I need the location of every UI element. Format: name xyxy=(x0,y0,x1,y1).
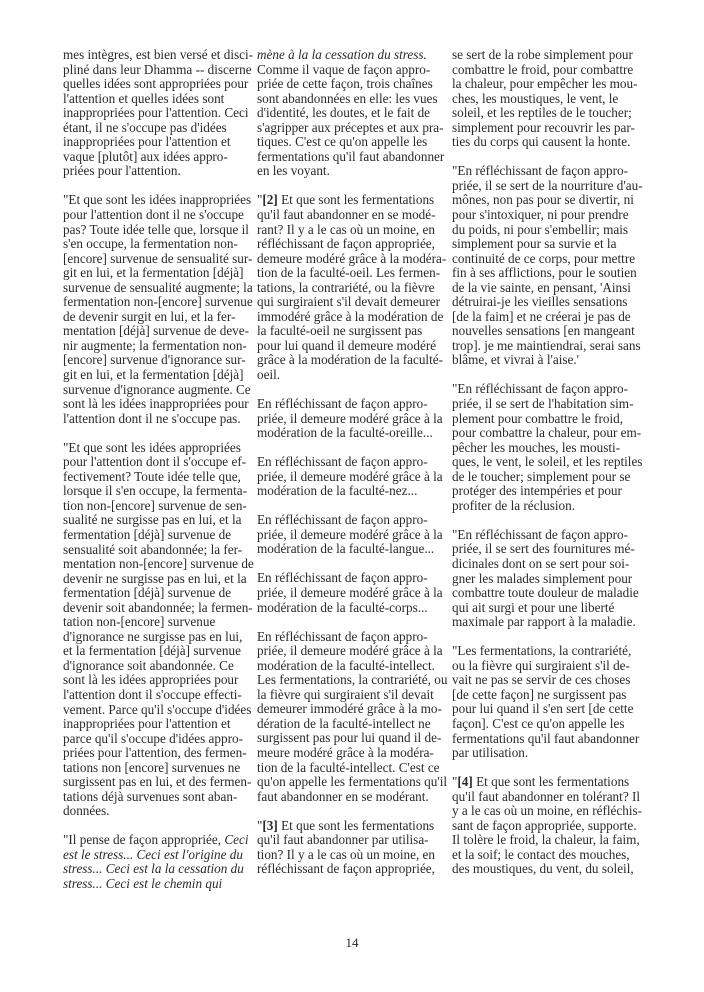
text-line: mentation non-[encore] survenue de xyxy=(63,557,259,572)
text-line: s'en occupe, la fermentation non- xyxy=(63,237,259,252)
text-line: qu'il faut abandonner en tolérant? Il xyxy=(452,790,648,805)
text-line: continuité de ce corps, pour mettre xyxy=(452,252,648,267)
text-line: priée, il se sert de la nourriture d'au- xyxy=(452,179,648,194)
text-line: est le stress... Ceci est l'origine du xyxy=(63,848,259,863)
paragraph: En réfléchissant de façon appro-priée, i… xyxy=(257,513,453,557)
text-line: pour l'attention dont il ne s'occupe xyxy=(63,208,259,223)
text-line: qui surgiraient s'il devait demeurer xyxy=(257,295,453,310)
text-line: données. xyxy=(63,804,259,819)
text-line: En réfléchissant de façon appro- xyxy=(257,513,453,528)
text-column-1: mes intègres, est bien versé et disci-pl… xyxy=(63,48,259,906)
text-line: "Il pense de façon appropriée, Ceci xyxy=(63,833,259,848)
paragraph: "[4] Et que sont les fermentationsqu'il … xyxy=(452,775,648,877)
text-column-3: se sert de la robe simplement pourcombat… xyxy=(452,48,648,891)
text-line: tion? Il y a le cas où un moine, en xyxy=(257,848,453,863)
text-line: priée, il demeure modéré grâce à la xyxy=(257,528,453,543)
text-line: pour combattre la chaleur, pour em- xyxy=(452,426,648,441)
text-line: En réfléchissant de façon appro- xyxy=(257,397,453,412)
text-line: priée, il se sert de l'habitation sim- xyxy=(452,397,648,412)
text-line: étant, il ne s'occupe pas d'idées xyxy=(63,121,259,136)
text-line: tation non-[encore] survenue xyxy=(63,615,259,630)
text-line: gner les malades simplement pour xyxy=(452,572,648,587)
text-line: fectivement? Toute idée telle que, xyxy=(63,470,259,485)
text-line: de la vie sainte, en pensant, 'Ainsi xyxy=(452,281,648,296)
text-line: s'agripper aux préceptes et aux pra- xyxy=(257,121,453,136)
text-line: mène à la la cessation du stress. xyxy=(257,48,453,63)
text-line: rant? Il y a le cas où un moine, en xyxy=(257,223,453,238)
text-line: ties du corps qui causent la honte. xyxy=(452,135,648,150)
text-line: ches, les moustiques, le vent, le xyxy=(452,92,648,107)
text-line: sualité ne surgisse pas en lui, et la xyxy=(63,513,259,528)
text-line: tiques. C'est ce qu'on appelle les xyxy=(257,135,453,150)
text-line: priée de cette façon, trois chaînes xyxy=(257,77,453,92)
text-line: du poids, ni pour s'embellir; mais xyxy=(452,223,648,238)
text-line: ques, le vent, le soleil, et les reptile… xyxy=(452,455,648,470)
text-line: Il tolère le froid, la chaleur, la faim, xyxy=(452,833,648,848)
text-line: En réfléchissant de façon appro- xyxy=(257,455,453,470)
paragraph: "[3] Et que sont les fermentationsqu'il … xyxy=(257,819,453,877)
text-line: nir augmente; la fermentation non- xyxy=(63,339,259,354)
text-line: immodéré grâce à la modération de xyxy=(257,310,453,325)
text-line: pour s'intoxiquer, ni pour prendre xyxy=(452,208,648,223)
text-line: sont là les idées inappropriées pour xyxy=(63,397,259,412)
text-line: "Les fermentations, la contrariété, xyxy=(452,644,648,659)
text-line: tion de la faculté-intellect. C'est ce xyxy=(257,761,453,776)
text-line: sensualité soit abandonnée; la fer- xyxy=(63,543,259,558)
text-line: surgissent pas pour lui quand il de- xyxy=(257,731,453,746)
text-line: parce qu'il s'occupe d'idées appro- xyxy=(63,732,259,747)
paragraph: mène à la la cessation du stress.Comme i… xyxy=(257,48,453,179)
text-line: l'attention dont il ne s'occupe pas. xyxy=(63,412,259,427)
text-line: pliné dans leur Dhamma -- discerne xyxy=(63,63,259,78)
text-line: plement pour combattre le froid, xyxy=(452,412,648,427)
text-line: stress... Ceci est le chemin qui xyxy=(63,877,259,892)
text-line: meure modéré grâce à la modéra- xyxy=(257,746,453,761)
text-line: pas? Toute idée telle que, lorsque il xyxy=(63,223,259,238)
paragraph: "En réfléchissant de façon appro-priée, … xyxy=(452,382,648,513)
text-line: modération de la faculté-corps... xyxy=(257,601,453,616)
text-line: "En réfléchissant de façon appro- xyxy=(452,382,648,397)
text-line: "[4] Et que sont les fermentations xyxy=(452,775,648,790)
text-line: pêcher les mouches, les mousti- xyxy=(452,441,648,456)
text-line: [de cette façon] ne surgissent pas xyxy=(452,688,648,703)
text-line: pour lui quand il s'en sert [de cette xyxy=(452,702,648,717)
text-line: survenue d'ignorance augmente. Ce xyxy=(63,383,259,398)
text-line: modération de la faculté-intellect. xyxy=(257,659,453,674)
text-line: tion non-[encore] survenue de sen- xyxy=(63,499,259,514)
text-line: soleil, et les reptiles de le toucher; xyxy=(452,106,648,121)
text-line: pour lui quand il demeure modéré xyxy=(257,339,453,354)
text-line: en les voyant. xyxy=(257,164,453,179)
page-number: 14 xyxy=(0,935,704,951)
text-line: devenir soit abandonnée; la fermen- xyxy=(63,601,259,616)
text-line: ou la fièvre qui surgiraient s'il de- xyxy=(452,659,648,674)
text-line: tion de la faculté-oeil. Les fermen- xyxy=(257,266,453,281)
text-line: mes intègres, est bien versé et disci- xyxy=(63,48,259,63)
text-line: priée, il demeure modéré grâce à la xyxy=(257,470,453,485)
text-line: et la fermentation [déjà] survenue xyxy=(63,644,259,659)
text-line: Les fermentations, la contrariété, ou xyxy=(257,673,453,688)
paragraph: "Il pense de façon appropriée, Ceciest l… xyxy=(63,833,259,891)
text-line: En réfléchissant de façon appro- xyxy=(257,571,453,586)
text-line: y a le cas où un moine, en réfléchis- xyxy=(452,804,648,819)
text-line: combattre toute douleur de maladie xyxy=(452,586,648,601)
text-line: fermentations qu'il faut abandonner xyxy=(452,732,648,747)
text-line: "Et que sont les idées inappropriées xyxy=(63,193,259,208)
text-line: de le toucher; simplement pour se xyxy=(452,470,648,485)
text-line: modération de la faculté-oreille... xyxy=(257,426,453,441)
text-line: dération de la faculté-intellect ne xyxy=(257,717,453,732)
text-line: qu'il faut abandonner par utilisa- xyxy=(257,833,453,848)
text-line: réfléchissant de façon appropriée, xyxy=(257,237,453,252)
text-line: blâme, et vivrai à l'aise.' xyxy=(452,353,648,368)
text-line: d'ignorance ne surgisse pas en lui, xyxy=(63,630,259,645)
text-line: simplement pour recouvrir les par- xyxy=(452,121,648,136)
text-column-2: mène à la la cessation du stress.Comme i… xyxy=(257,48,453,891)
text-line: de devenir surgit en lui, et la fer- xyxy=(63,310,259,325)
text-line: se sert de la robe simplement pour xyxy=(452,48,648,63)
text-line: priée, il demeure modéré grâce à la xyxy=(257,644,453,659)
text-line: qu'on appelle les fermentations qu'il xyxy=(257,775,453,790)
text-line: fermentation [déjà] survenue de xyxy=(63,586,259,601)
text-line: réfléchissant de façon appropriée, xyxy=(257,862,453,877)
text-line: des moustiques, du vent, du soleil, xyxy=(452,862,648,877)
text-line: pour l'attention dont il s'occupe ef- xyxy=(63,455,259,470)
text-line: vement. Parce qu'il s'occupe d'idées xyxy=(63,703,259,718)
paragraph: En réfléchissant de façon appro-priée, i… xyxy=(257,630,453,805)
text-line: priées pour l'attention. xyxy=(63,164,259,179)
text-line: grâce à la modération de la faculté- xyxy=(257,353,453,368)
text-line: simplement pour sa survie et la xyxy=(452,237,648,252)
text-line: demeurer immodéré grâce à la mo- xyxy=(257,702,453,717)
text-line: inappropriées pour l'attention et xyxy=(63,135,259,150)
text-line: l'attention dont il s'occupe effecti- xyxy=(63,688,259,703)
text-line: d'identité, les doutes, et le fait de xyxy=(257,106,453,121)
text-line: trop]. je me maintiendrai, serai sans xyxy=(452,339,648,354)
text-line: inappropriées pour l'attention. Ceci xyxy=(63,106,259,121)
text-line: "En réfléchissant de façon appro- xyxy=(452,528,648,543)
text-line: devenir ne surgisse pas en lui, et la xyxy=(63,572,259,587)
paragraph: "Et que sont les idées inappropriéespour… xyxy=(63,193,259,426)
text-line: mônes, non pas pour se divertir, ni xyxy=(452,193,648,208)
text-line: quelles idées sont appropriées pour xyxy=(63,77,259,92)
text-line: la fièvre qui surgiraient s'il devait xyxy=(257,688,453,703)
text-line: sont abandonnées en elle: les vues xyxy=(257,92,453,107)
text-line: dicinales dont on se sert pour soi- xyxy=(452,557,648,572)
text-line: fin à ses afflictions, pour le soutien xyxy=(452,266,648,281)
text-line: "Et que sont les idées appropriées xyxy=(63,441,259,456)
text-line: profiter de la réclusion. xyxy=(452,499,648,514)
text-line: [de la faim] et ne créerai je pas de xyxy=(452,310,648,325)
paragraph: "Les fermentations, la contrariété,ou la… xyxy=(452,644,648,760)
text-line: En réfléchissant de façon appro- xyxy=(257,630,453,645)
text-line: "[2] Et que sont les fermentations xyxy=(257,193,453,208)
paragraph: En réfléchissant de façon appro-priée, i… xyxy=(257,571,453,615)
text-line: tations non [encore] survenues ne xyxy=(63,761,259,776)
text-line: protéger des intempéries et pour xyxy=(452,484,648,499)
text-line: sont là les idées appropriées pour xyxy=(63,673,259,688)
text-line: faut abandonner en se modérant. xyxy=(257,790,453,805)
text-line: tations déjà survenues sont aban- xyxy=(63,790,259,805)
text-line: inappropriées pour l'attention et xyxy=(63,717,259,732)
paragraph: "En réfléchissant de façon appro-priée, … xyxy=(452,164,648,368)
text-line: "En réfléchissant de façon appro- xyxy=(452,164,648,179)
text-line: "[3] Et que sont les fermentations xyxy=(257,819,453,834)
text-line: sant de façon appropriée, supporte. xyxy=(452,819,648,834)
text-line: qui ait surgi et pour une liberté xyxy=(452,601,648,616)
text-line: [encore] survenue d'ignorance sur- xyxy=(63,353,259,368)
text-line: priée, il se sert des fournitures mé- xyxy=(452,542,648,557)
text-line: nouvelles sensations [en mangeant xyxy=(452,324,648,339)
text-line: qu'il faut abandonner en se modé- xyxy=(257,208,453,223)
paragraph: "En réfléchissant de façon appro-priée, … xyxy=(452,528,648,630)
text-line: l'attention et quelles idées sont xyxy=(63,92,259,107)
text-line: priée, il demeure modéré grâce à la xyxy=(257,586,453,601)
text-line: fermentation [déjà] survenue de xyxy=(63,528,259,543)
text-line: d'ignorance soit abandonnée. Ce xyxy=(63,659,259,674)
text-line: git en lui, et la fermentation [déjà] xyxy=(63,266,259,281)
text-line: maximale par rapport à la maladie. xyxy=(452,615,648,630)
text-line: détruirai-je les vieilles sensations xyxy=(452,295,648,310)
text-line: vait ne pas se servir de ces choses xyxy=(452,673,648,688)
text-line: Comme il vaque de façon appro- xyxy=(257,63,453,78)
text-line: vaque [plutôt] aux idées appro- xyxy=(63,150,259,165)
text-line: surgissent pas en lui, et des fermen- xyxy=(63,775,259,790)
text-line: fermentations qu'il faut abandonner xyxy=(257,150,453,165)
text-line: survenue de sensualité augmente; la xyxy=(63,281,259,296)
text-line: combattre le froid, pour combattre xyxy=(452,63,648,78)
text-line: par utilisation. xyxy=(452,746,648,761)
text-line: fermentation non-[encore] survenue xyxy=(63,295,259,310)
text-line: modération de la faculté-nez... xyxy=(257,484,453,499)
paragraph: mes intègres, est bien versé et disci-pl… xyxy=(63,48,259,179)
text-line: stress... Ceci est la la cessation du xyxy=(63,862,259,877)
text-line: lorsque il s'en occupe, la fermenta- xyxy=(63,484,259,499)
text-line: la faculté-oeil ne surgissent pas xyxy=(257,324,453,339)
text-line: git en lui, et la fermentation [déjà] xyxy=(63,368,259,383)
paragraph: "Et que sont les idées appropriéespour l… xyxy=(63,441,259,819)
text-line: oeil. xyxy=(257,368,453,383)
text-line: [encore] survenue de sensualité sur- xyxy=(63,252,259,267)
text-line: priées pour l'attention, des fermen- xyxy=(63,746,259,761)
paragraph: se sert de la robe simplement pourcombat… xyxy=(452,48,648,150)
text-line: façon]. C'est ce qu'on appelle les xyxy=(452,717,648,732)
paragraph: En réfléchissant de façon appro-priée, i… xyxy=(257,455,453,499)
text-line: mentation [déjà] survenue de deve- xyxy=(63,324,259,339)
text-line: la chaleur, pour empêcher les mou- xyxy=(452,77,648,92)
paragraph: En réfléchissant de façon appro-priée, i… xyxy=(257,397,453,441)
text-line: tations, la contrariété, ou la fièvre xyxy=(257,281,453,296)
text-line: et la soif; le contact des mouches, xyxy=(452,848,648,863)
text-line: demeure modéré grâce à la modéra- xyxy=(257,252,453,267)
paragraph: "[2] Et que sont les fermentationsqu'il … xyxy=(257,193,453,382)
document-page: mes intègres, est bien versé et disci-pl… xyxy=(0,0,704,992)
text-line: priée, il demeure modéré grâce à la xyxy=(257,412,453,427)
text-line: modération de la faculté-langue... xyxy=(257,542,453,557)
